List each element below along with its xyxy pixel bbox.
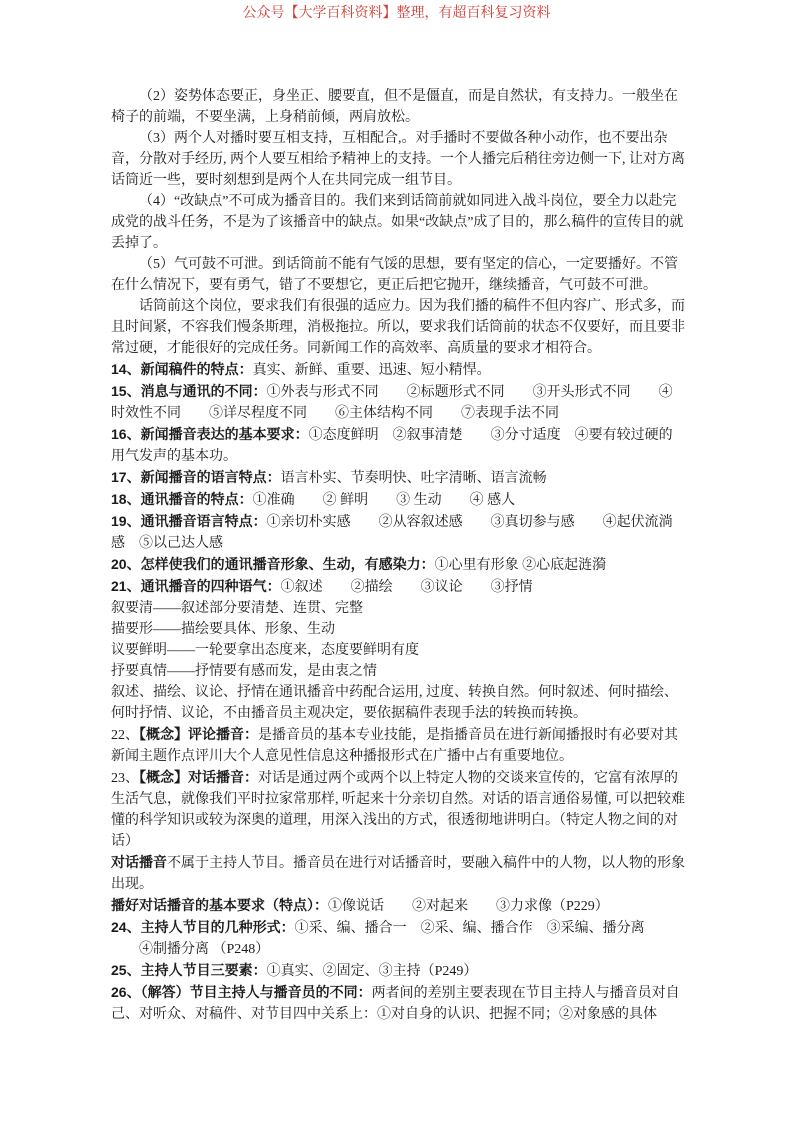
- item-text: 语言朴实、节奏明快、吐字清晰、语言流畅: [281, 471, 547, 486]
- doc-paragraph: （4）“改缺点”不可成为播音目的。我们来到话筒前就如同进入战斗岗位，要全力以赴完…: [111, 191, 685, 254]
- doc-item: 对话播音不属于主持人节目。播音员在进行对话播音时，要融入稿件中的人物，以人物的形…: [111, 852, 685, 895]
- item-heading: 播好对话播音的基本要求（特点）：: [111, 897, 328, 913]
- doc-item: 17、新闻播音的语言特点：语言朴实、节奏明快、吐字清晰、语言流畅: [111, 467, 685, 489]
- item-heading: 【概念】评论播音：: [139, 726, 258, 742]
- item-number: 22、: [111, 728, 139, 743]
- item-text: ①心里有形象 ②心底起涟漪: [435, 558, 607, 573]
- paragraph-text: （4）“改缺点”不可成为播音目的。我们来到话筒前就如同进入战斗岗位，要全力以赴完…: [111, 194, 683, 251]
- item-heading: 21、通讯播音的四种语气：: [111, 578, 281, 594]
- document-page: 公众号【大学百科资料】整理，有超百科复习资料 （2）姿势体态要正，身坐正、腰要直…: [0, 0, 793, 1122]
- doc-item: 24、主持人节目的几种形式：①采、编、播合一 ②采、编、播合作 ③采编、播分离: [111, 917, 685, 939]
- doc-paragraph: （5）气可鼓不可泄。到话筒前不能有气馁的思想，要有坚定的信心，一定要播好。不管在…: [111, 254, 685, 296]
- item-heading: 20、怎样使我们的通讯播音形象、生动，有感染力：: [111, 556, 435, 572]
- item-text: 不属于主持人节目。播音员在进行对话播音时，要融入稿件中的人物，以人物的形象出现。: [111, 856, 685, 892]
- paragraph-text: （3）两个人对播时要互相支持，互相配合,。对手播时不要做各种小动作，也不要出杂音…: [111, 131, 685, 188]
- doc-paragraph: 议要鲜明——一轮要拿出态度来，态度要鲜明有度: [111, 640, 685, 661]
- doc-item: 19、通讯播音语言特点：①亲切朴实感 ②从容叙述感 ③真切参与感 ④起伏流淌感 …: [111, 511, 685, 554]
- item-text: ①准确 ② 鲜明 ③ 生动 ④ 感人: [253, 493, 516, 508]
- doc-item: 18、通讯播音的特点：①准确 ② 鲜明 ③ 生动 ④ 感人: [111, 489, 685, 511]
- doc-paragraph: （3）两个人对播时要互相支持，互相配合,。对手播时不要做各种小动作，也不要出杂音…: [111, 128, 685, 191]
- item-heading: 15、消息与通讯的不同：: [111, 383, 267, 399]
- item-heading: 16、新闻播音表达的基本要求：: [111, 426, 309, 442]
- doc-item: 23、【概念】对话播音：对话是通过两个或两个以上特定人物的交谈来宣传的，它富有浓…: [111, 767, 685, 852]
- item-heading: 24、主持人节目的几种形式：: [111, 919, 295, 935]
- doc-item: 14、新闻稿件的特点：真实、新鲜、重要、迅速、短小精悍。: [111, 359, 685, 381]
- doc-item: 15、消息与通讯的不同：①外表与形式不同 ②标题形式不同 ③开头形式不同 ④时效…: [111, 381, 685, 424]
- paragraph-text: ④制播分离 （P248）: [139, 942, 269, 957]
- item-number: 23、: [111, 771, 139, 786]
- doc-item: 16、新闻播音表达的基本要求：①态度鲜明 ②叙事清楚 ③分寸适度 ④要有较过硬的…: [111, 424, 685, 467]
- doc-paragraph: 描要形——描绘要具体、形象、生动: [111, 619, 685, 640]
- item-heading: 18、通讯播音的特点：: [111, 491, 253, 507]
- doc-item: 21、通讯播音的四种语气：①叙述 ②描绘 ③议论 ③抒情: [111, 576, 685, 598]
- doc-paragraph: 话筒前这个岗位，要求我们有很强的适应力。因为我们播的稿件不但内容广、形式多，而且…: [111, 296, 685, 359]
- item-text: ①真实、②固定、③主持（P249）: [267, 964, 478, 979]
- item-text: ①采、编、播合一 ②采、编、播合作 ③采编、播分离: [295, 921, 645, 936]
- item-heading: 对话播音: [111, 854, 167, 870]
- item-text: 真实、新鲜、重要、迅速、短小精悍。: [253, 363, 491, 378]
- doc-item: 25、主持人节目三要素：①真实、②固定、③主持（P249）: [111, 960, 685, 982]
- paragraph-text: 议要鲜明——一轮要拿出态度来，态度要鲜明有度: [111, 643, 419, 658]
- doc-paragraph: ④制播分离 （P248）: [111, 939, 685, 960]
- doc-paragraph: 抒要真情——抒情要有感而发，是由衷之情: [111, 661, 685, 682]
- doc-paragraph: 叙述、描绘、议论、抒情在通讯播音中药配合运用, 过度、转换自然。何时叙述、何时描…: [111, 682, 685, 724]
- item-heading: 25、主持人节目三要素：: [111, 962, 267, 978]
- paragraph-text: 叙要清——叙述部分要清楚、连贯、完整: [111, 601, 363, 616]
- document-body: （2）姿势体态要正，身坐正、腰要直，但不是僵直，而是自然状，有支持力。一般坐在椅…: [111, 86, 685, 1025]
- doc-item: 22、【概念】评论播音：是播音员的基本专业技能，是指播音员在进行新闻播报时有必要…: [111, 724, 685, 767]
- doc-item: 26、（解答）节目主持人与播音员的不同：两者间的差别主要表现在节目主持人与播音员…: [111, 982, 685, 1025]
- doc-item: 20、怎样使我们的通讯播音形象、生动，有感染力：①心里有形象 ②心底起涟漪: [111, 554, 685, 576]
- item-heading: 19、通讯播音语言特点：: [111, 513, 267, 529]
- doc-paragraph: 叙要清——叙述部分要清楚、连贯、完整: [111, 598, 685, 619]
- doc-paragraph: （2）姿势体态要正，身坐正、腰要直，但不是僵直，而是自然状，有支持力。一般坐在椅…: [111, 86, 685, 128]
- paragraph-text: （5）气可鼓不可泄。到话筒前不能有气馁的思想，要有坚定的信心，一定要播好。不管在…: [111, 257, 678, 293]
- paragraph-text: 描要形——描绘要具体、形象、生动: [111, 622, 335, 637]
- page-header-notice: 公众号【大学百科资料】整理，有超百科复习资料: [0, 0, 793, 22]
- item-heading: 17、新闻播音的语言特点：: [111, 469, 281, 485]
- paragraph-text: 话筒前这个岗位，要求我们有很强的适应力。因为我们播的稿件不但内容广、形式多，而且…: [111, 299, 685, 356]
- item-heading: 14、新闻稿件的特点：: [111, 361, 253, 377]
- item-text: ①叙述 ②描绘 ③议论 ③抒情: [281, 580, 533, 595]
- item-text: ①像说话 ②对起来 ③力求像（P229）: [328, 899, 609, 914]
- doc-item: 播好对话播音的基本要求（特点）：①像说话 ②对起来 ③力求像（P229）: [111, 895, 685, 917]
- item-heading: 【概念】对话播音：: [139, 769, 258, 785]
- paragraph-text: 叙述、描绘、议论、抒情在通讯播音中药配合运用, 过度、转换自然。何时叙述、何时描…: [111, 685, 678, 721]
- paragraph-text: 抒要真情——抒情要有感而发，是由衷之情: [111, 664, 377, 679]
- item-heading: 26、（解答）节目主持人与播音员的不同：: [111, 984, 372, 1000]
- paragraph-text: （2）姿势体态要正，身坐正、腰要直，但不是僵直，而是自然状，有支持力。一般坐在椅…: [111, 89, 678, 125]
